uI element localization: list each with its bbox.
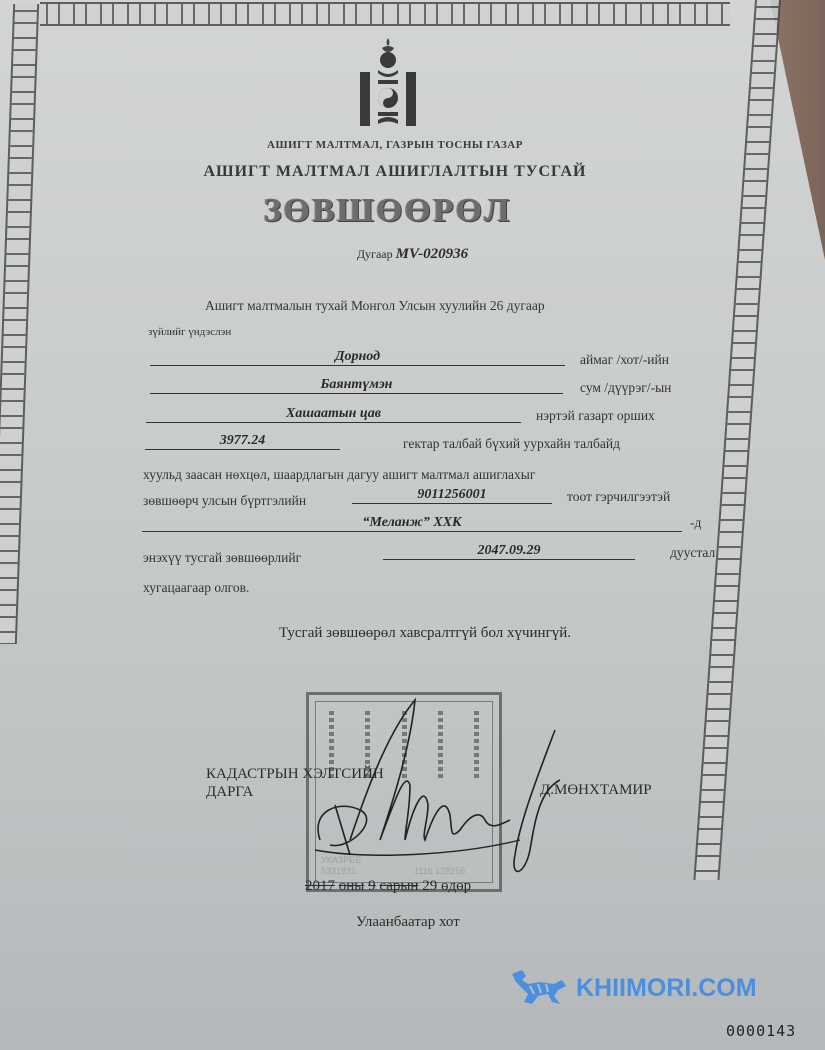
issue-city: Улаанбаатар хот (356, 914, 460, 931)
document-title: ЗӨВШӨӨРӨЛ (0, 192, 775, 230)
watermark: KHIIMORI.COM (508, 968, 757, 1008)
date-month: 9 (368, 878, 376, 894)
sum-label: сум /дүүрэг/-ын (580, 380, 671, 396)
date-year-suffix: оны (339, 878, 365, 894)
area-label: гектар талбай бүхий уурхайн талбайд (403, 436, 620, 452)
law-line: хуульд заасан нөхцөл, шаардлагын дагуу а… (143, 467, 535, 483)
date-day: 29 (422, 878, 437, 894)
aimag-field: Дорнод (150, 349, 565, 366)
issue-date: 2017 оны 9 сарын 29 өдөр (305, 878, 471, 895)
soyombo-emblem-icon (358, 36, 418, 128)
license-number: Дугаар MV-020936 (0, 246, 825, 263)
date-year: 2017 (305, 878, 335, 894)
number-label: Дугаар (357, 247, 393, 261)
expiry-date-field: 2047.09.29 (383, 543, 635, 560)
license-type: АШИГТ МАЛТМАЛ АШИГЛАЛТЫН ТУСГАЙ (0, 163, 790, 181)
sum-field: Баянтүмэн (150, 377, 563, 394)
date-day-suffix: өдөр (441, 878, 471, 894)
date-month-suffix: сарын (379, 878, 418, 894)
intro-line-2: зүйлийг үндэслэн (148, 326, 231, 338)
place-field: Хашаатын цав (146, 406, 521, 423)
aimag-label: аймаг /хот/-ийн (580, 352, 669, 368)
term-line: хугацаагаар олгов. (143, 580, 249, 596)
expiry-suffix: дуустал (670, 545, 715, 561)
validity-note: Тусгай зөвшөөрөл хавсралтгүй бол хүчингү… (0, 625, 825, 642)
company-field: “Меланж” ХХК (142, 515, 682, 532)
number-value: MV-020936 (396, 246, 469, 262)
grant-prefix: энэхүү тусгай зөвшөөрлийг (143, 550, 301, 566)
zebra-horse-logo-icon (508, 968, 570, 1008)
ornamental-border-top (40, 2, 730, 26)
issuing-authority: АШИГТ МАЛТМАЛ, ГАЗРЫН ТОСНЫ ГАЗАР (0, 139, 790, 151)
reg-suffix: тоот гэрчилгээтэй (567, 489, 670, 505)
place-label: нэртэй газарт орших (536, 408, 655, 424)
intro-line-1: Ашигт малтмалын тухай Монгол Улсын хуули… (205, 298, 545, 314)
reg-prefix: зөвшөөрч улсын бүртгэлийн (143, 493, 306, 509)
company-suffix: -д (690, 515, 701, 531)
area-field: 3977.24 (145, 433, 340, 450)
serial-number: 0000143 (726, 1022, 796, 1040)
signature-icon (310, 690, 580, 890)
registration-number-field: 9011256001 (352, 487, 552, 504)
watermark-text: KHIIMORI.COM (576, 974, 757, 1003)
